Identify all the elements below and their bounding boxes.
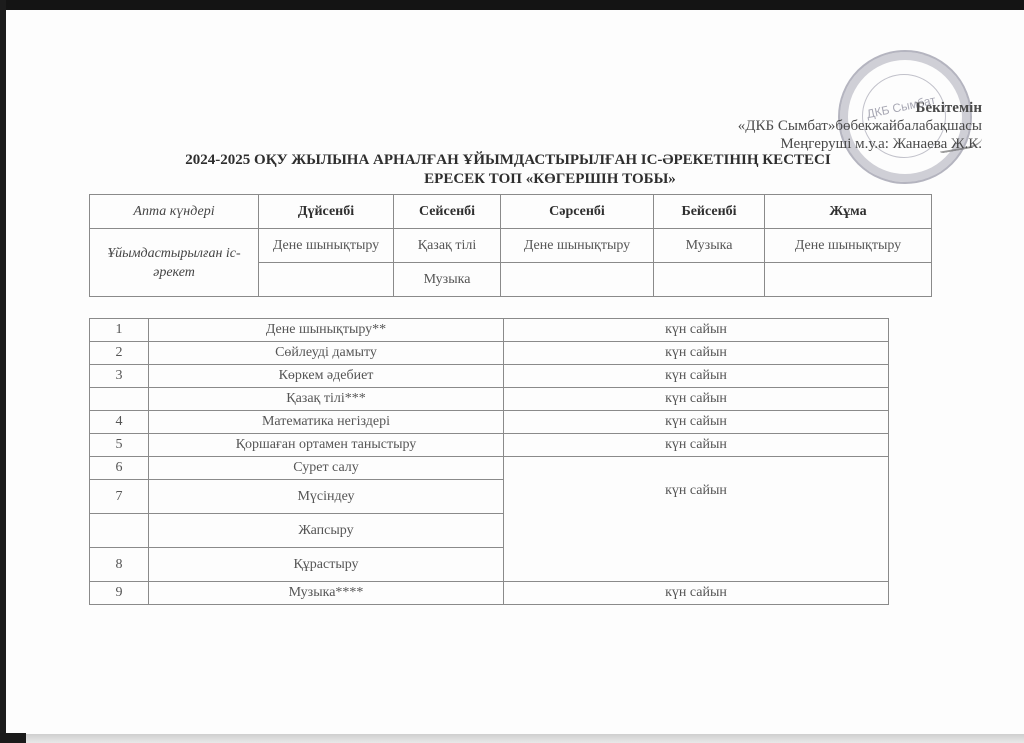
document-subtitle: ЕРЕСЕК ТОП «КӨГЕРШІН ТОБЫ» <box>38 171 1024 188</box>
activity-subject: Дене шынықтыру** <box>149 319 504 342</box>
schedule-cell: Музыка <box>654 229 765 263</box>
activity-number <box>90 388 149 411</box>
activity-frequency: күн сайын <box>504 365 889 388</box>
activity-subject: Музыка**** <box>149 582 504 605</box>
scan-corner <box>0 733 26 743</box>
row-label: Ұйымдастырылған іс-әрекет <box>90 229 259 297</box>
schedule-cell: Дене шынықтыру <box>259 229 394 263</box>
activity-row: 9 Музыка**** күн сайын <box>90 582 889 605</box>
activity-subject: Математика негіздері <box>149 411 504 434</box>
activity-frequency: күн сайын <box>504 319 889 342</box>
approval-organization: «ДКБ Сымбат»бөбекжайбалабақшасы <box>738 118 982 135</box>
activity-frequency: күн сайын <box>504 342 889 365</box>
activity-frequency: күн сайын <box>504 582 889 605</box>
activity-row: 5 Қоршаған ортамен таныстыру күн сайын <box>90 434 889 457</box>
activity-subject: Қазақ тілі*** <box>149 388 504 411</box>
schedule-row: Ұйымдастырылған іс-әрекет Дене шынықтыру… <box>90 229 932 263</box>
activity-row: 2 Сөйлеуді дамыту күн сайын <box>90 342 889 365</box>
activity-subject: Сөйлеуді дамыту <box>149 342 504 365</box>
schedule-header-row: Апта күндері Дүйсенбі Сейсенбі Сәрсенбі … <box>90 195 932 229</box>
activity-row: 1 Дене шынықтыру** күн сайын <box>90 319 889 342</box>
activity-row: Қазақ тілі*** күн сайын <box>90 388 889 411</box>
activity-number: 2 <box>90 342 149 365</box>
activity-subject: Мүсіндеу <box>149 480 504 514</box>
activity-subject: Сурет салу <box>149 457 504 480</box>
activity-subject: Құрастыру <box>149 548 504 582</box>
activity-number: 1 <box>90 319 149 342</box>
activity-frequency-merged: күн сайын <box>504 457 889 582</box>
activity-number: 9 <box>90 582 149 605</box>
header-thursday: Бейсенбі <box>654 195 765 229</box>
activities-frequency-table: 1 Дене шынықтыру** күн сайын 2 Сөйлеуді … <box>89 318 889 605</box>
header-monday: Дүйсенбі <box>259 195 394 229</box>
schedule-cell <box>765 263 932 297</box>
header-friday: Жұма <box>765 195 932 229</box>
activity-row: 3 Көркем әдебиет күн сайын <box>90 365 889 388</box>
activity-number: 4 <box>90 411 149 434</box>
weekly-schedule-table: Апта күндері Дүйсенбі Сейсенбі Сәрсенбі … <box>89 194 932 297</box>
schedule-cell <box>501 263 654 297</box>
activity-row: 4 Математика негіздері күн сайын <box>90 411 889 434</box>
schedule-cell: Музыка <box>394 263 501 297</box>
document-title: 2024-2025 ОҚУ ЖЫЛЫНА АРНАЛҒАН ҰЙЫМДАСТЫР… <box>0 152 1020 169</box>
activity-frequency: күн сайын <box>504 434 889 457</box>
schedule-cell: Қазақ тілі <box>394 229 501 263</box>
activity-number: 8 <box>90 548 149 582</box>
activity-subject: Көркем әдебиет <box>149 365 504 388</box>
header-weekdays: Апта күндері <box>90 195 259 229</box>
activity-row: 6 Сурет салу күн сайын <box>90 457 889 480</box>
schedule-cell: Дене шынықтыру <box>765 229 932 263</box>
activity-subject: Жапсыру <box>149 514 504 548</box>
activity-number: 6 <box>90 457 149 480</box>
schedule-cell <box>654 263 765 297</box>
header-tuesday: Сейсенбі <box>394 195 501 229</box>
activity-number: 7 <box>90 480 149 514</box>
activity-frequency: күн сайын <box>504 388 889 411</box>
approval-head: Меңгеруші м.у.а: Жанаева Ж.К. <box>780 136 982 153</box>
activity-frequency: күн сайын <box>504 411 889 434</box>
schedule-cell <box>259 263 394 297</box>
activity-number: 3 <box>90 365 149 388</box>
activity-number: 5 <box>90 434 149 457</box>
approval-label: Бекітемін <box>916 100 982 117</box>
activity-subject: Қоршаған ортамен таныстыру <box>149 434 504 457</box>
scan-border-left <box>0 0 6 743</box>
scan-border-top <box>0 0 1024 10</box>
scan-border-bottom <box>0 734 1024 743</box>
activity-number <box>90 514 149 548</box>
header-wednesday: Сәрсенбі <box>501 195 654 229</box>
schedule-cell: Дене шынықтыру <box>501 229 654 263</box>
